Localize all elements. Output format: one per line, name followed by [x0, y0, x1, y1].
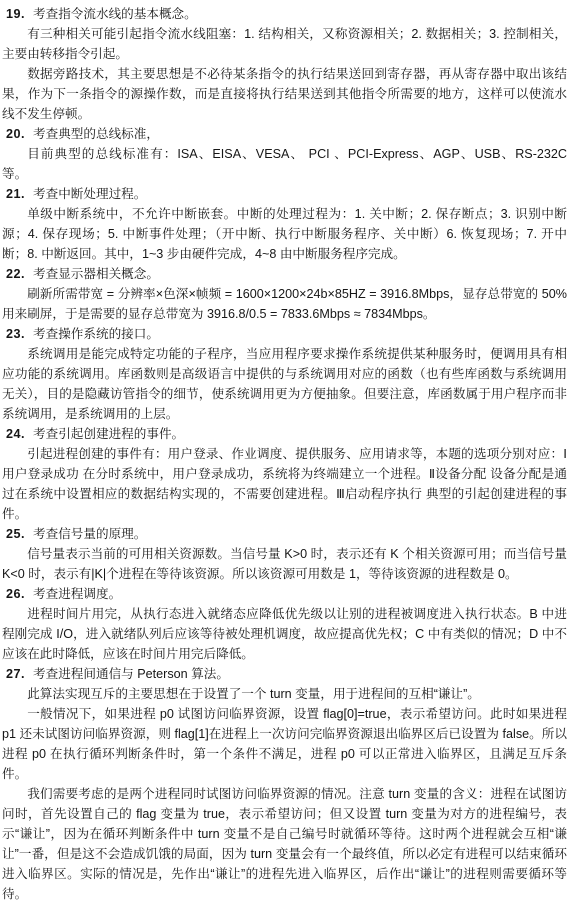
section-title: 考查引起创建进程的事件。: [33, 427, 184, 441]
section-title: 考查进程调度。: [33, 587, 121, 601]
paragraph: 数据旁路技术，其主要思想是不必待某条指令的执行结果送回到寄存器，再从寄存器中取出…: [2, 64, 567, 124]
section-number: 20.: [2, 127, 25, 141]
section-title: 考查中断处理过程。: [33, 187, 146, 201]
section-number: 24.: [2, 427, 25, 441]
section-25: 25.考查信号量的原理。 信号量表示当前的可用相关资源数。当信号量 K>0 时，…: [2, 524, 567, 584]
paragraph: 我们需要考虑的是两个进程同时试图访问临界资源的情况。注意 turn 变量的含义：…: [2, 784, 567, 904]
document-page: 19.考查指令流水线的基本概念。 有三种相关可能引起指令流水线阻塞：1. 结构相…: [0, 0, 570, 910]
paragraph: 信号量表示当前的可用相关资源数。当信号量 K>0 时，表示还有 K 个相关资源可…: [2, 544, 567, 584]
section-heading: 23.考查操作系统的接口。: [2, 324, 567, 344]
section-number: 19.: [2, 7, 25, 21]
section-21: 21.考查中断处理过程。 单级中断系统中，不允许中断嵌套。中断的处理过程为：1.…: [2, 184, 567, 264]
paragraph: 进程时间片用完，从执行态进入就绪态应降低优先级以让别的进程被调度进入执行状态。B…: [2, 604, 567, 664]
section-20: 20.考查典型的总线标准， 目前典型的总线标准有：ISA、EISA、VESA、 …: [2, 124, 567, 184]
section-19: 19.考查指令流水线的基本概念。 有三种相关可能引起指令流水线阻塞：1. 结构相…: [2, 4, 567, 124]
section-heading: 21.考查中断处理过程。: [2, 184, 567, 204]
section-number: 23.: [2, 327, 25, 341]
paragraph: 刷新所需带宽 = 分辨率×色深×帧频 = 1600×1200×24b×85HZ …: [2, 284, 567, 324]
section-number: 26.: [2, 587, 25, 601]
section-heading: 25.考查信号量的原理。: [2, 524, 567, 544]
section-22: 22.考查显示器相关概念。 刷新所需带宽 = 分辨率×色深×帧频 = 1600×…: [2, 264, 567, 324]
section-title: 考查典型的总线标准，: [33, 127, 159, 141]
section-heading: 22.考查显示器相关概念。: [2, 264, 567, 284]
section-title: 考查信号量的原理。: [33, 527, 146, 541]
paragraph: 系统调用是能完成特定功能的子程序，当应用程序要求操作系统提供某种服务时，便调用具…: [2, 344, 567, 424]
section-heading: 26.考查进程调度。: [2, 584, 567, 604]
paragraph: 一般情况下，如果进程 p0 试图访问临界资源，设置 flag[0]=true，表…: [2, 704, 567, 784]
section-title: 考查进程间通信与 Peterson 算法。: [33, 667, 229, 681]
paragraph: 引起进程创建的事件有：用户登录、作业调度、提供服务、应用请求等，本题的选项分别对…: [2, 444, 567, 524]
section-heading: 20.考查典型的总线标准，: [2, 124, 567, 144]
section-heading: 27.考查进程间通信与 Peterson 算法。: [2, 664, 567, 684]
section-number: 27.: [2, 667, 25, 681]
section-23: 23.考查操作系统的接口。 系统调用是能完成特定功能的子程序，当应用程序要求操作…: [2, 324, 567, 424]
section-title: 考查显示器相关概念。: [33, 267, 159, 281]
section-number: 22.: [2, 267, 25, 281]
section-title: 考查指令流水线的基本概念。: [33, 7, 197, 21]
paragraph: 目前典型的总线标准有：ISA、EISA、VESA、 PCI 、PCI-Expre…: [2, 144, 567, 184]
section-24: 24.考查引起创建进程的事件。 引起进程创建的事件有：用户登录、作业调度、提供服…: [2, 424, 567, 524]
section-number: 25.: [2, 527, 25, 541]
paragraph: 此算法实现互斥的主要思想在于设置了一个 turn 变量，用于进程间的互相“谦让”…: [2, 684, 567, 704]
section-26: 26.考查进程调度。 进程时间片用完，从执行态进入就绪态应降低优先级以让别的进程…: [2, 584, 567, 664]
section-27: 27.考查进程间通信与 Peterson 算法。 此算法实现互斥的主要思想在于设…: [2, 664, 567, 904]
section-heading: 24.考查引起创建进程的事件。: [2, 424, 567, 444]
section-title: 考查操作系统的接口。: [33, 327, 159, 341]
section-heading: 19.考查指令流水线的基本概念。: [2, 4, 567, 24]
section-number: 21.: [2, 187, 25, 201]
paragraph: 单级中断系统中，不允许中断嵌套。中断的处理过程为：1. 关中断；2. 保存断点；…: [2, 204, 567, 264]
paragraph: 有三种相关可能引起指令流水线阻塞：1. 结构相关，又称资源相关；2. 数据相关；…: [2, 24, 567, 64]
